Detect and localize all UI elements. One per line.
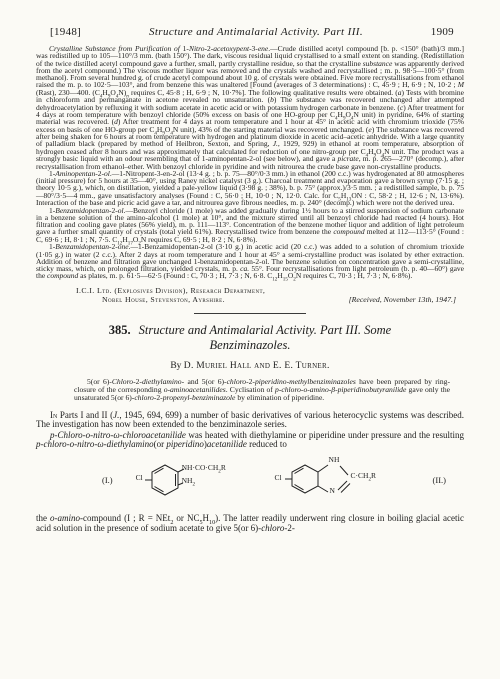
body-paragraph-2: p-Chloro-o-nitro-ω-chloroacetanilide was…	[36, 431, 464, 450]
affiliation-block: I.C.I. Ltd. (Explosives Division), Resea…	[36, 286, 464, 304]
affiliation-line-2: Nobel House, Stevenston, Ayrshire.	[102, 295, 225, 304]
article-body: In Parts I and II (J., 1945, 694, 699) a…	[36, 411, 464, 450]
byline-prefix: By	[170, 361, 183, 371]
running-head: [1948] Structure and Antimalarial Activi…	[36, 26, 464, 38]
structure-ii: Cl NH N C·CH2R	[273, 454, 433, 506]
affiliation-line-1: I.C.I. Ltd. (Explosives Division), Resea…	[76, 286, 464, 295]
paragraph-benzamidopentanone: 1-Benzamidopentan-2-one.—1-Benzamidopent…	[36, 243, 464, 280]
cl-label: Cl	[275, 474, 282, 482]
structure-i: Cl NH·CO·CH2R NH2	[135, 457, 265, 503]
n-label: N	[330, 487, 335, 495]
received-date: [Received, November 13th, 1947.]	[349, 295, 456, 304]
paragraph-crystalline-substance: Crystalline Substance from Purification …	[36, 45, 464, 170]
experimental-section: Crystalline Substance from Purification …	[36, 45, 464, 280]
amine-group-label: NH2	[182, 477, 195, 485]
amide-group-label: NH·CO·CH2R	[182, 464, 226, 472]
cl-label: Cl	[136, 474, 143, 482]
paragraph-benzamidopentanol: 1-Benzamidopentan-2-ol.—Benzoyl chloride…	[36, 207, 464, 244]
byline: By D. Muriel Hall and E. E. Turner.	[36, 361, 464, 371]
article-title-line2: Benziminazoles.	[210, 338, 291, 352]
nh-label: NH	[329, 456, 340, 464]
byline-authors: D. Muriel Hall and E. E. Turner.	[184, 361, 330, 371]
structure-i-label: (I.)	[102, 475, 113, 485]
section-divider	[194, 313, 306, 314]
paragraph-aminopentanol: 1-Aminopentan-2-ol.—1-Nitropent-3-en-2-o…	[36, 170, 464, 207]
article-title-line1: Structure and Antimalarial Activity. Par…	[139, 323, 392, 337]
journal-page: [1948] Structure and Antimalarial Activi…	[0, 0, 500, 679]
body-paragraph-3: the o-amino-compound (I ; R = NEt2 or NC…	[36, 514, 464, 533]
article-title: 385.Structure and Antimalarial Activity.…	[36, 323, 464, 353]
abstract-text: 5(or 6)-Chloro-2-diethylamino- and 5(or …	[74, 378, 450, 403]
header-year: [1948]	[50, 26, 81, 38]
header-title: Structure and Antimalarial Activity. Par…	[149, 26, 363, 38]
structure-ii-label: (II.)	[433, 475, 446, 485]
body-paragraph-1: In Parts I and II (J., 1945, 694, 699) a…	[36, 411, 464, 430]
chemical-structures: (I.) Cl NH·CO·CH2R NH2	[36, 454, 464, 506]
side-chain-label: C·CH2R	[351, 472, 376, 480]
abstract: 5(or 6)-Chloro-2-diethylamino- and 5(or …	[74, 378, 450, 403]
article-number: 385.	[109, 323, 131, 337]
header-page-number: 1909	[431, 26, 454, 38]
article-body-continued: the o-amino-compound (I ; R = NEt2 or NC…	[36, 514, 464, 533]
